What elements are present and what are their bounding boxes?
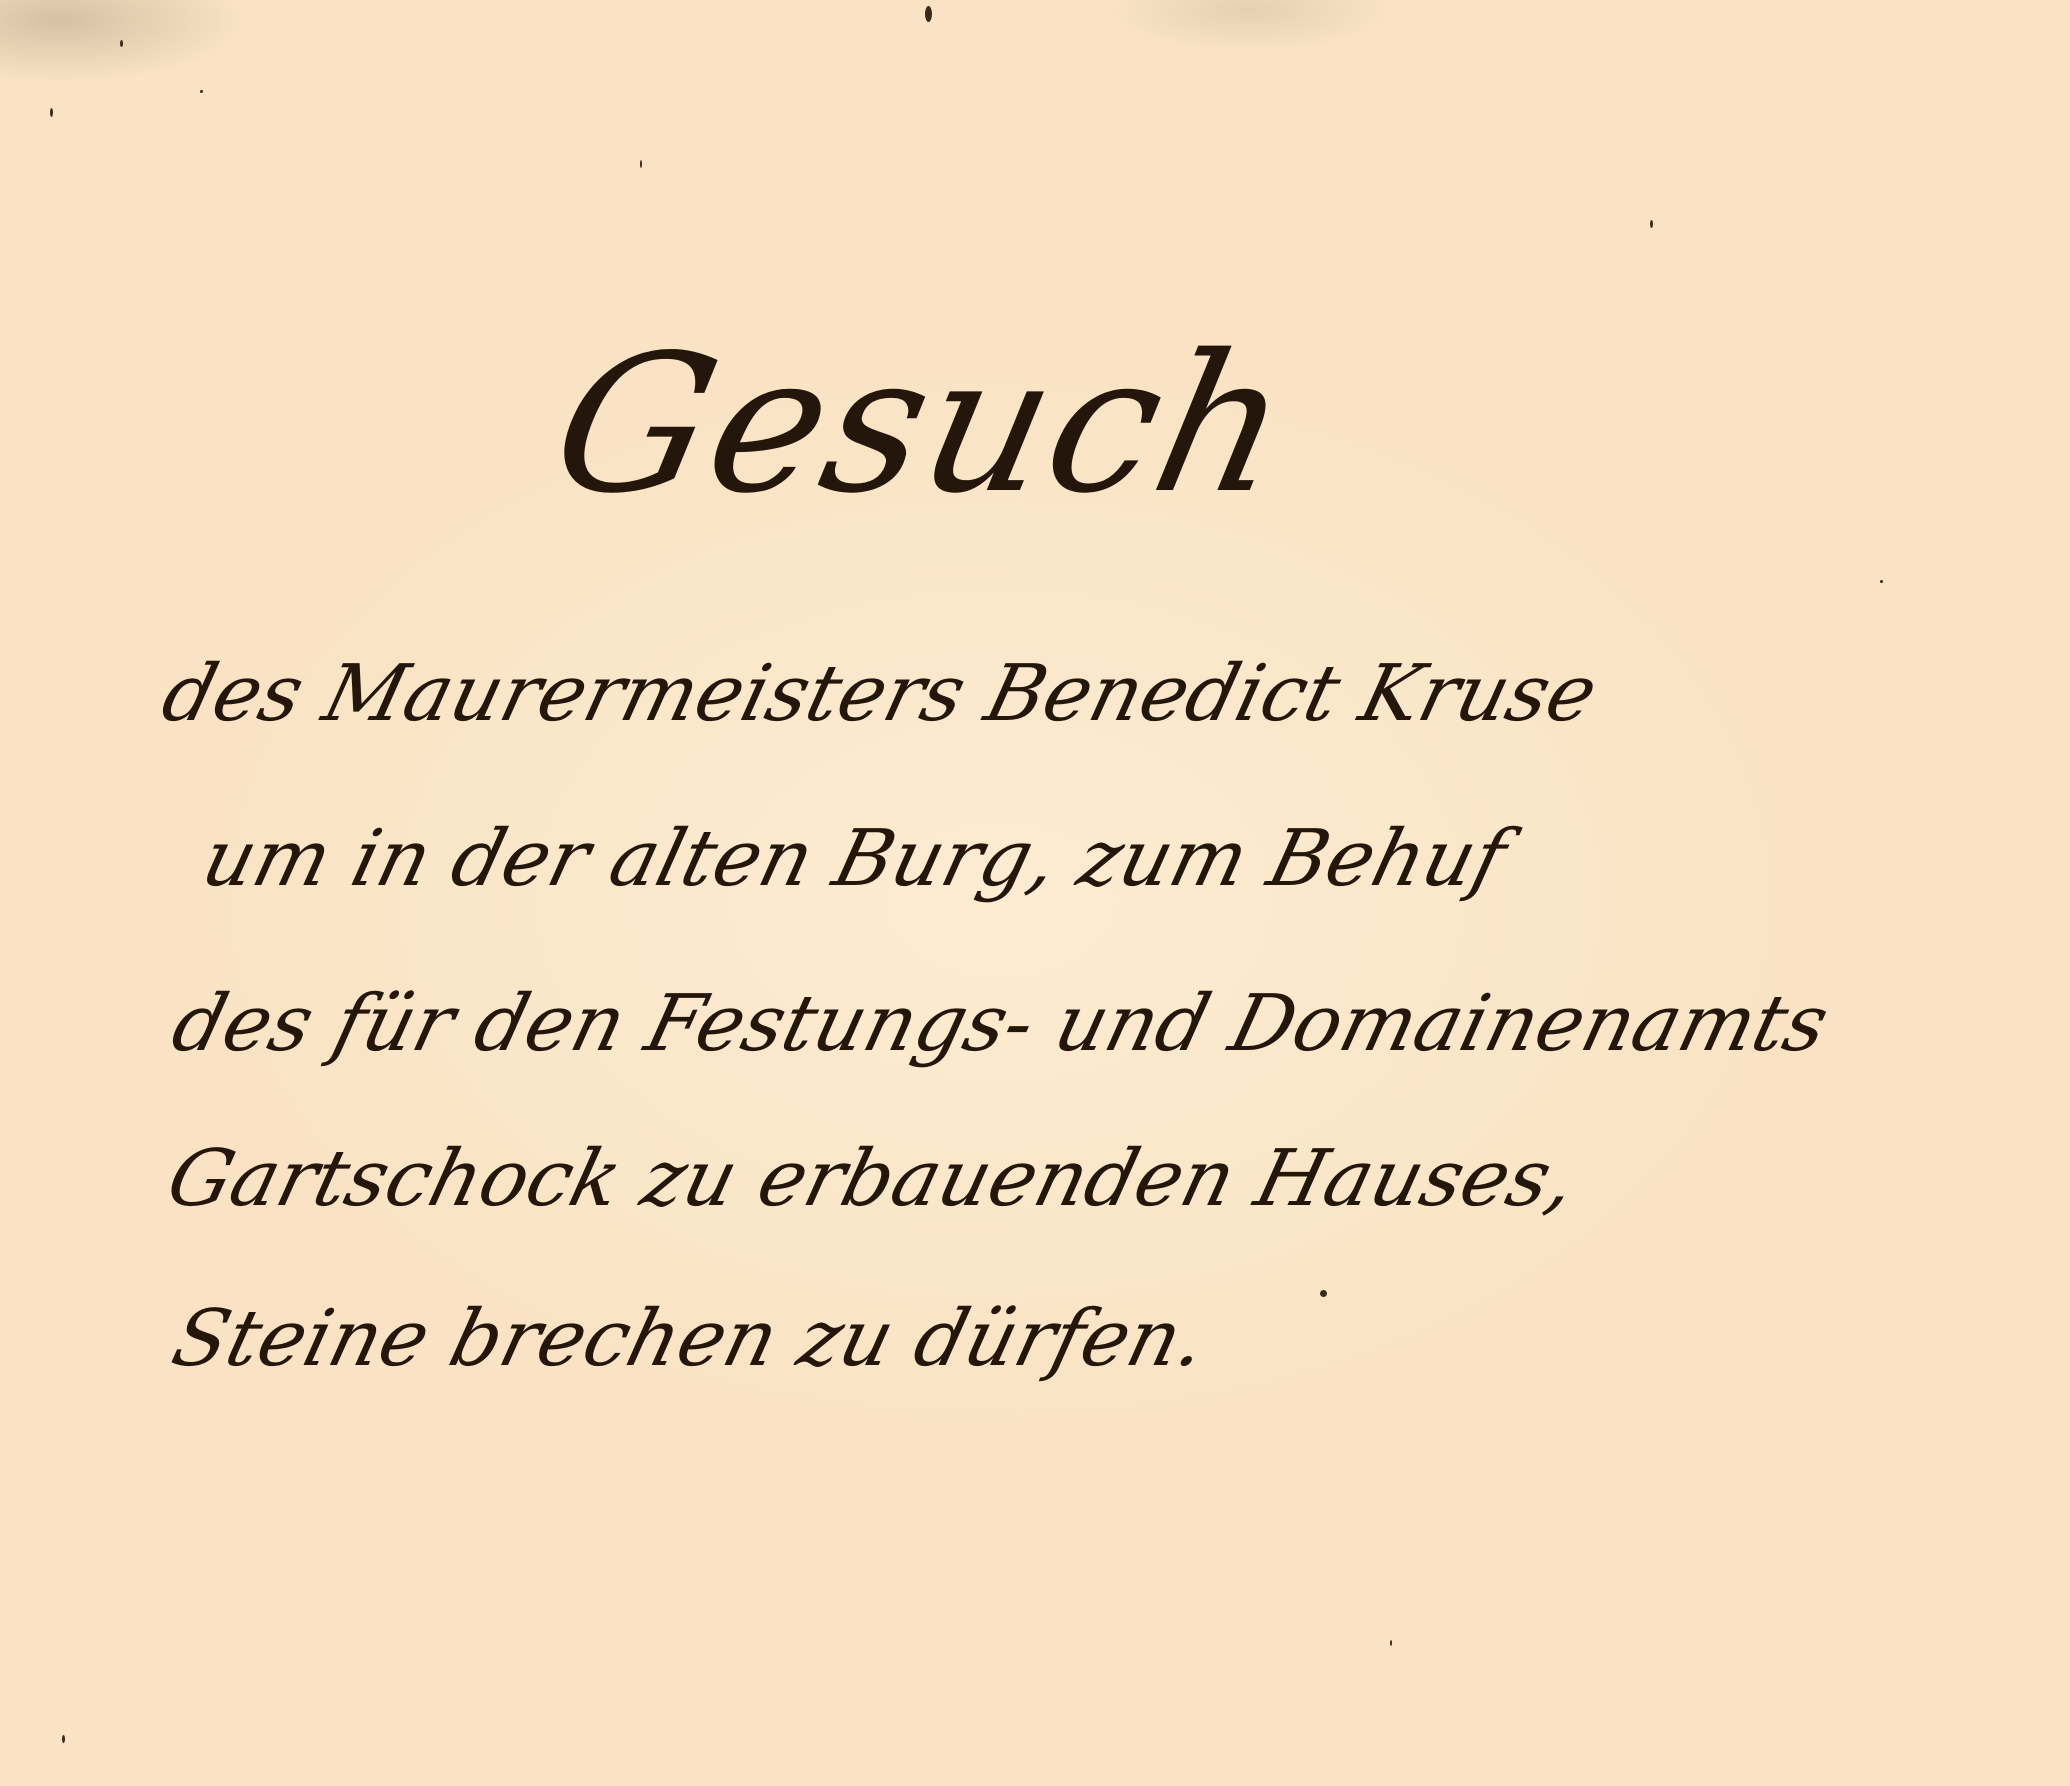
ink-speck	[925, 6, 932, 22]
ink-speck	[640, 160, 642, 168]
text-line-2: um in der alten Burg, zum Behuf	[195, 820, 1513, 898]
ink-speck	[1320, 1290, 1327, 1297]
text-line-3: des für den Festungs- und Domainenamts	[165, 985, 1835, 1063]
text-line-5: Steine brechen zu dürfen.	[165, 1300, 1214, 1378]
text-line-4: Gartschock zu erbauenden Hauses,	[160, 1140, 1583, 1218]
ink-speck	[62, 1735, 65, 1743]
ink-speck	[1880, 580, 1883, 583]
ink-speck	[1650, 220, 1653, 228]
document-title: Gesuch	[540, 330, 1305, 520]
ink-speck	[1390, 1640, 1392, 1646]
ink-speck	[200, 90, 203, 93]
ink-speck	[120, 40, 123, 47]
ink-speck	[50, 108, 53, 117]
text-line-1: des Maurermeisters Benedict Kruse	[155, 655, 1604, 733]
